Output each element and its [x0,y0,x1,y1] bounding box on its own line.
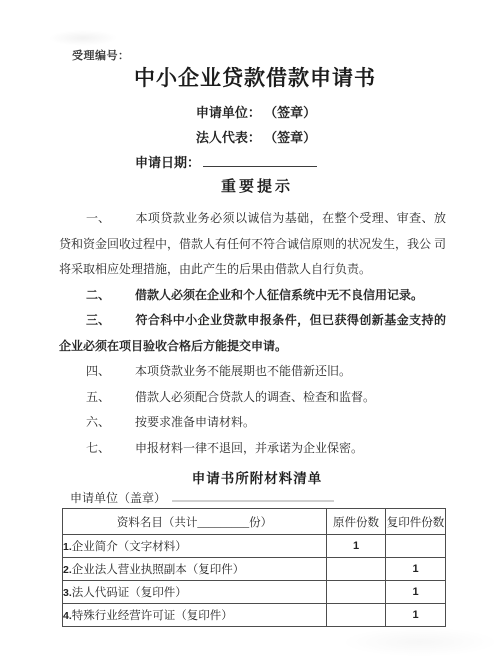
material-name-cell: 4.特殊行业经营许可证（复印件） [63,604,327,627]
material-name-cell: 2.企业法人营业执照副本（复印件） [63,558,327,581]
acceptance-number-label: 受理编号： [72,47,130,63]
notice-item-number: 五、 [86,385,135,411]
original-count-cell [327,558,386,581]
notice-item-text: 本项贷款业务不能展期也不能借新还旧。 [135,364,351,378]
scan-artifact [340,627,500,657]
material-name: 企业法人营业执照副本（复印件） [72,564,245,576]
notice-item-6: 六、按要求准备申请材料。 [59,410,446,436]
material-name: 特殊行业经营许可证（复印件） [72,610,233,622]
notice-item-number: 六、 [86,410,135,436]
column-header-material-name: 资料名目（共计_________份） [63,509,327,535]
attached-materials-heading: 申请书所附材料清单 [0,467,500,487]
important-notice-heading: 重要提示 [0,175,500,196]
material-name-cell: 1.企业简介（文字材料） [63,535,327,558]
notice-item-7: 七、申报材料一律不退回，并承诺为企业保密。 [59,436,446,462]
notice-item-3: 三、符合科中小企业贷款申报条件，但已获得创新基金支持的企业必须在项目验收合格后方… [59,308,446,359]
materials-table: 资料名目（共计_________份） 原件份数 复印件份数 1.企业简介（文字材… [62,508,446,627]
notice-item-number: 一、 [86,206,135,232]
table-row: 3.法人代码证（复印件） 1 [63,581,446,604]
copy-count-cell [386,535,446,558]
row-number: 2. [63,564,72,576]
application-date-label: 申请日期： [135,155,200,170]
notice-list: 一、本项贷款业务必须以诚信为基础，在整个受理、审查、放贷和资金回收过程中，借款人… [59,206,446,461]
legal-representative-seal-line: 法人代表： （签章） [0,127,500,146]
material-name: 企业简介（文字材料） [72,541,187,553]
notice-item-number: 四、 [86,359,135,385]
document-title: 中小企业贷款借款申请书 [0,62,500,92]
column-header-copy-count: 复印件份数 [386,509,446,535]
material-name: 法人代码证（复印件） [72,587,187,599]
unit-seal-blank [172,491,334,502]
notice-item-number: 三、 [86,308,135,334]
notice-item-number: 七、 [86,436,135,462]
notice-item-2: 二、借款人必须在企业和个人征信系统中无不良信用记录。 [59,283,446,309]
copy-count-cell: 1 [386,604,446,627]
notice-item-1: 一、本项贷款业务必须以诚信为基础，在整个受理、审查、放贷和资金回收过程中，借款人… [59,206,446,283]
notice-item-text: 借款人必须配合贷款人的调查、检查和监督。 [135,390,375,404]
table-row: 4.特殊行业经营许可证（复印件） 1 [63,604,446,627]
unit-seal-row: 申请单位（盖章） [70,489,334,506]
row-number: 3. [63,587,72,599]
row-number: 4. [63,610,72,622]
scan-artifact [48,30,118,46]
notice-item-text: 申报材料一律不退回，并承诺为企业保密。 [135,441,363,455]
notice-item-4: 四、本项贷款业务不能展期也不能借新还旧。 [59,359,446,385]
application-date-row: 申请日期： [135,152,317,171]
notice-item-text: 借款人必须在企业和个人征信系统中无不良信用记录。 [135,288,423,302]
table-row: 2.企业法人营业执照副本（复印件） 1 [63,558,446,581]
copy-count-cell: 1 [386,581,446,604]
row-number: 1. [63,541,72,553]
column-header-original-count: 原件份数 [327,509,386,535]
material-name-cell: 3.法人代码证（复印件） [63,581,327,604]
original-count-cell [327,581,386,604]
applicant-unit-seal-line: 申请单位： （签章） [0,102,500,121]
table-row: 1.企业简介（文字材料） 1 [63,535,446,558]
table-header-row: 资料名目（共计_________份） 原件份数 复印件份数 [63,509,446,535]
loan-application-document: 受理编号： 中小企业贷款借款申请书 申请单位： （签章） 法人代表： （签章） … [0,0,500,657]
unit-seal-label: 申请单位（盖章） [70,491,166,505]
notice-item-text: 按要求准备申请材料。 [135,415,255,429]
original-count-cell: 1 [327,535,386,558]
notice-item-5: 五、借款人必须配合贷款人的调查、检查和监督。 [59,385,446,411]
application-date-blank [203,154,317,167]
notice-item-number: 二、 [86,283,135,309]
copy-count-cell: 1 [386,558,446,581]
original-count-cell [327,604,386,627]
